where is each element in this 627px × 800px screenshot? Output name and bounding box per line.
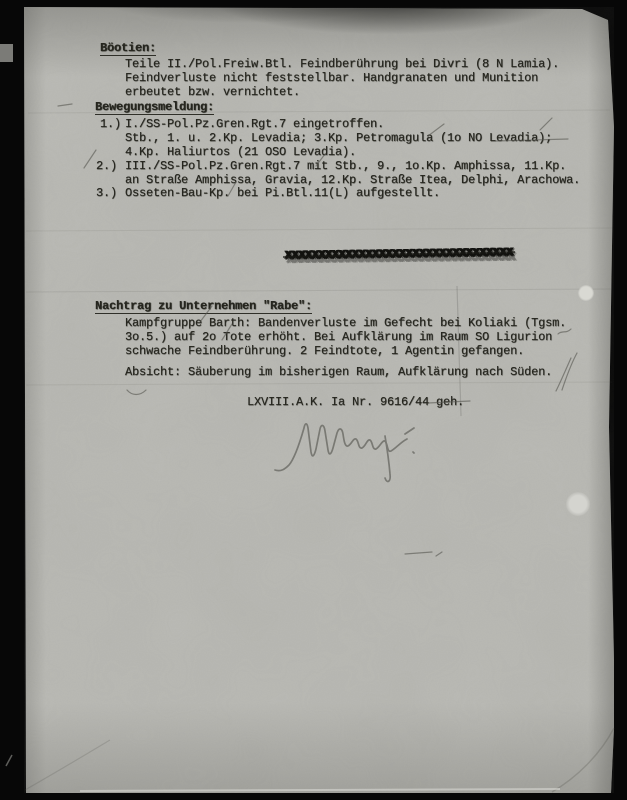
paragraph-kampfgruppe: Kampfgruppe Barth: Bandenverluste im Gef… xyxy=(125,316,566,358)
line-absicht: Absicht: Säuberung im bisherigen Raum, A… xyxy=(125,365,552,379)
reference-line: LXVIII.A.K. Ia Nr. 9616/44 geh. xyxy=(247,395,464,409)
list-marker-1: 1.) xyxy=(100,117,121,131)
list-item-3: Osseten-Bau-Kp. bei Pi.Btl.11(L) aufgest… xyxy=(125,186,440,200)
section-heading-boeotien: Böotien: xyxy=(100,41,156,56)
scan-edge-notch xyxy=(0,44,13,62)
hole-punch xyxy=(566,492,590,516)
redacted-line-ghost: XXXXXXXXXXXXXXXXXXXXXXXXXXXXXXXXXX xyxy=(287,250,515,266)
hole-punch xyxy=(578,285,594,301)
list-marker-3: 3.) xyxy=(96,186,117,200)
list-marker-2: 2.) xyxy=(96,159,117,173)
scan-background: Böotien: Teile II./Pol.Freiw.Btl. Feindb… xyxy=(0,0,627,800)
section-heading-nachtrag: Nachtrag zu Unternehmen "Rabe": xyxy=(95,299,312,314)
list-item-1: I./SS-Pol.Pz.Gren.Rgt.7 eingetroffen. St… xyxy=(125,117,552,159)
section-heading-bewegungsmeldung: Bewegungsmeldung: xyxy=(95,100,214,115)
list-item-2: III./SS-Pol.Pz.Gren.Rgt.7 mit Stb., 9., … xyxy=(125,159,580,187)
paragraph-boeotien: Teile II./Pol.Freiw.Btl. Feindberührung … xyxy=(125,57,559,99)
